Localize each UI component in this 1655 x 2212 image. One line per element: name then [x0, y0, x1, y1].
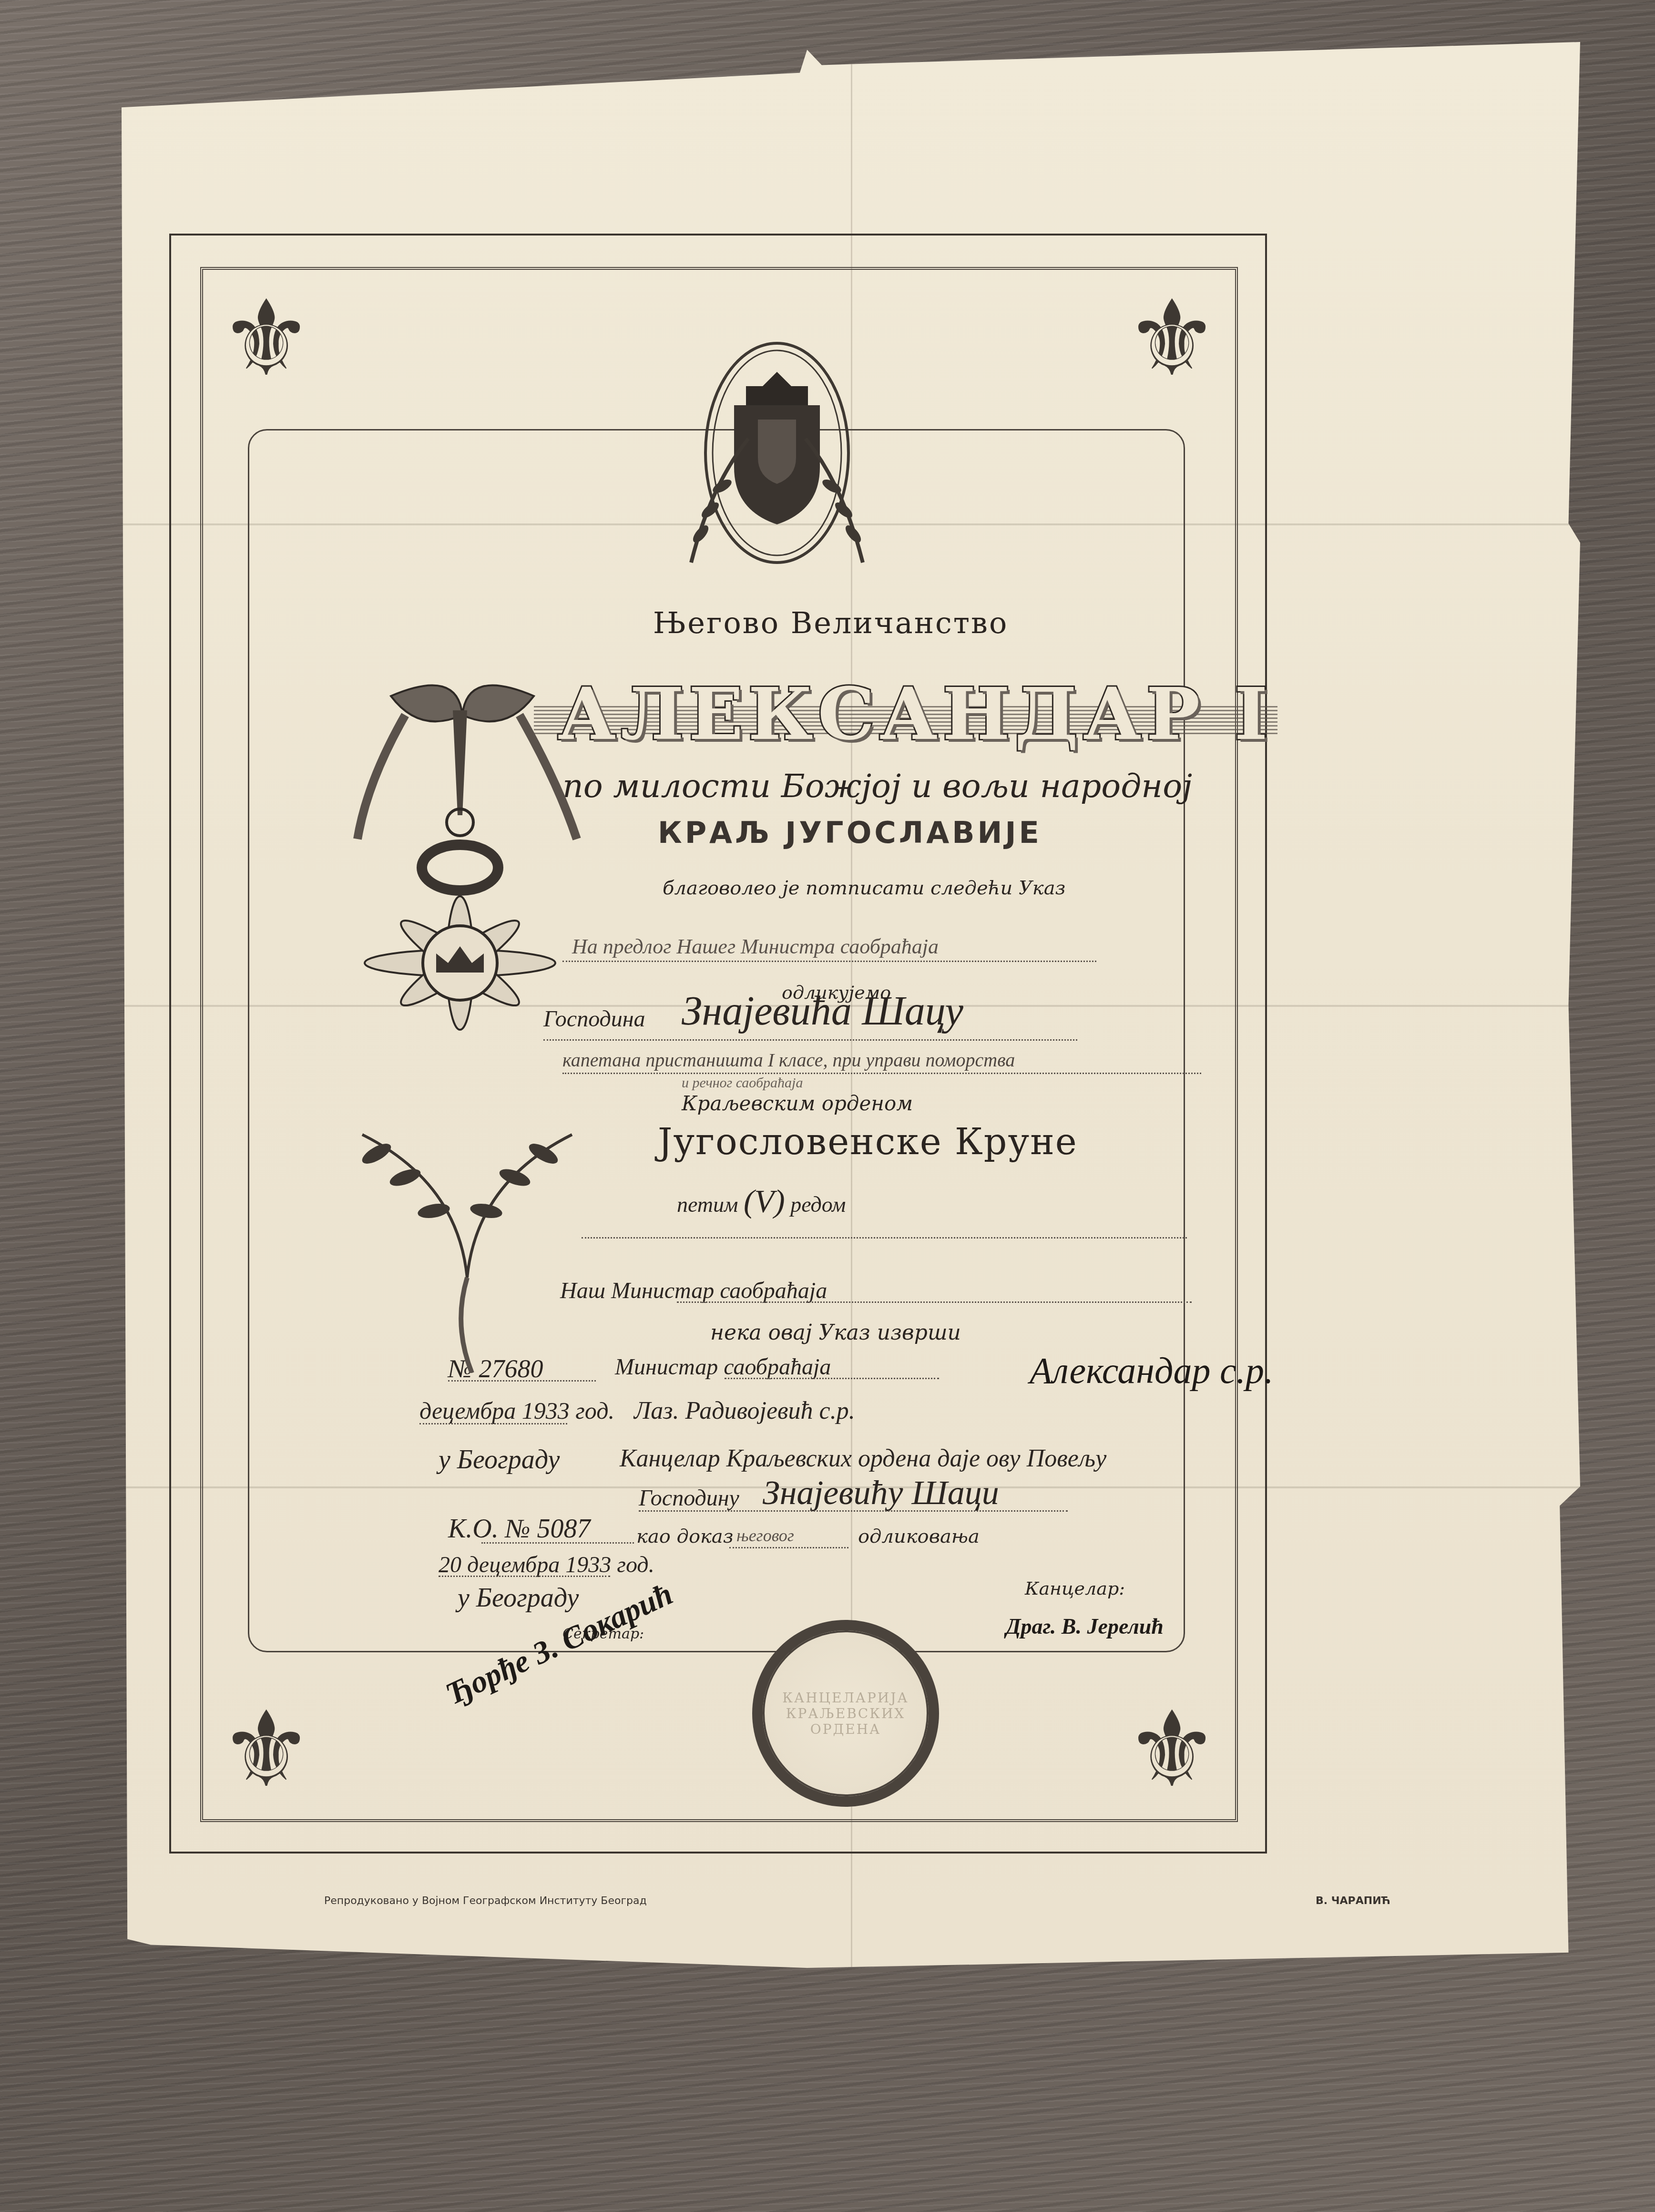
order-of-yugoslav-crown-medal-icon	[334, 658, 582, 1373]
charter-recipient-name: Знајевићу Шаци	[763, 1473, 999, 1513]
charter-recipient-prefix: Господину	[639, 1485, 739, 1511]
recipient-title: капетана пристаништа I класе, при управи…	[562, 1049, 1015, 1071]
header-king-of-yugoslavia: КРАЉ ЈУГОСЛАВИЈЕ	[658, 815, 1042, 850]
charter-number: К.О. № 5087	[448, 1514, 590, 1544]
header-signed-decree: благоволео је потписати следећи Указ	[663, 877, 1065, 899]
fleur-de-lis-corner-icon: ⚜	[219, 1697, 313, 1802]
decree-proposal: На предлог Нашег Министра саобраћаја	[572, 934, 939, 959]
fill-line	[639, 1510, 1068, 1512]
charter-place: у Београду	[458, 1583, 579, 1613]
fill-line	[439, 1576, 610, 1577]
chancellor-label: Канцелар:	[1025, 1578, 1125, 1599]
artist-credit: В. ЧАРАПИЋ	[1316, 1895, 1390, 1907]
fleur-de-lis-corner-icon: ⚜	[219, 286, 313, 391]
fleur-de-lis-corner-icon: ⚜	[1125, 1697, 1219, 1802]
charter-date: 20 децембра 1933 год.	[439, 1552, 654, 1578]
order-label: Краљевским орденом	[682, 1092, 913, 1115]
recipient-title-cont: и речног саобраћаја	[682, 1075, 803, 1091]
seal-text: КАНЦЕЛАРИЈА КРАЉЕВСКИХ ОРДЕНА	[765, 1632, 927, 1794]
royal-coat-of-arms-icon	[663, 334, 891, 610]
king-name-title: АЛЕКСАНДАР I	[558, 672, 1273, 756]
fill-line	[725, 1378, 939, 1379]
recipient-name: Знајевића Шацу	[682, 987, 963, 1034]
header-his-majesty: Његово Величанство	[653, 605, 1008, 640]
fill-line	[729, 1547, 848, 1548]
minister-title: Министар саобраћаја	[615, 1354, 831, 1380]
printer-credit: Репродуковано у Војном Географском Инсти…	[324, 1895, 647, 1907]
fleur-de-lis-corner-icon: ⚜	[1125, 286, 1219, 391]
order-class: петим (V) редом	[677, 1182, 846, 1220]
chancellor-charter-line: Канцелар Краљевских ордена даје ову Пове…	[620, 1444, 1106, 1473]
fill-line	[582, 1237, 1187, 1239]
class-numeral: (V)	[744, 1183, 785, 1219]
fill-line	[481, 1542, 634, 1544]
proof-fill: његовог	[736, 1526, 794, 1546]
class-prefix: петим	[677, 1192, 738, 1217]
minister-line: Наш Министар саобраћаја	[560, 1278, 827, 1304]
class-suffix: редом	[790, 1192, 846, 1217]
fill-line	[677, 1301, 1192, 1303]
fill-line	[562, 961, 1096, 962]
chancellor-signature: Драг. В. Јерелић	[1006, 1614, 1164, 1639]
fill-line	[562, 1073, 1201, 1074]
fill-line	[419, 1423, 567, 1424]
header-by-grace-of-god: по милости Божјој и вољи народној	[562, 768, 1192, 805]
embossed-seal: КАНЦЕЛАРИЈА КРАЉЕВСКИХ ОРДЕНА	[763, 1630, 929, 1796]
execute-line: нека овај Указ изврши	[710, 1321, 961, 1345]
order-name: Југословенске Круне	[658, 1120, 1078, 1163]
fill-line	[543, 1039, 1077, 1041]
proof-line-a: као доказ	[636, 1526, 734, 1547]
proof-line-b: одликовања	[858, 1526, 980, 1547]
fill-line	[448, 1380, 596, 1382]
king-signature: Александар с.р.	[1030, 1349, 1274, 1392]
decree-date: децембра 1933 год.	[419, 1397, 614, 1424]
decree-place: у Београду	[439, 1444, 560, 1475]
minister-signature: Лаз. Радивојевић с.р.	[634, 1397, 855, 1425]
